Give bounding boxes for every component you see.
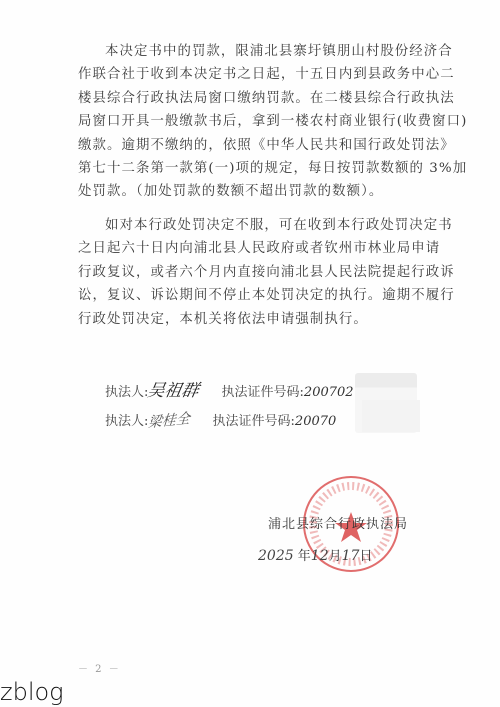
officer-row-2: 执法人:梁桂全 执法证件号码:20070 bbox=[105, 410, 336, 430]
page-number: － 2 － bbox=[78, 660, 121, 675]
cert-label: 执法证件号码: bbox=[222, 381, 304, 400]
text-line: 缴款。逾期不缴纳的，依照《中华人民共和国行政处罚法》 bbox=[78, 134, 418, 157]
text-line: 本决定书中的罚款，限浦北县寨圩镇朋山村股份经济合 bbox=[78, 40, 418, 63]
officer-label: 执法人: bbox=[105, 410, 148, 429]
text-line: 第七十二条第一款第(一)项的规定，每日按罚款数额的 3%加 bbox=[78, 157, 418, 180]
date-year: 2025 bbox=[258, 548, 294, 564]
officer-signature: 梁桂全 bbox=[148, 408, 191, 433]
document-page: 本决定书中的罚款，限浦北县寨圩镇朋山村股份经济合 作联合社于收到本决定书之日起，… bbox=[0, 0, 500, 707]
text-line: 楼县综合行政执法局窗口缴纳罚款。在二楼县综合行政执法 bbox=[78, 87, 418, 110]
text-line: 行政处罚决定，本机关将依法申请强制执行。 bbox=[78, 308, 418, 331]
date-day: 17 bbox=[342, 548, 360, 564]
text-line: 如对本行政处罚决定不服，可在收到本行政处罚决定书 bbox=[78, 214, 418, 237]
text-line: 之日起六十日内向浦北县人民政府或者钦州市林业局申请 bbox=[78, 237, 418, 260]
cert-number: 20070 bbox=[295, 414, 336, 429]
redaction-block bbox=[362, 400, 420, 432]
text-line: 局窗口开具一般缴款书后，拿到一楼农村商业银行(收费窗口) bbox=[78, 110, 418, 133]
text-line: 作联合社于收到本决定书之日起，十五日内到县政务中心二 bbox=[78, 63, 418, 86]
date-year-suffix: 年 bbox=[298, 549, 311, 564]
issue-date: 2025 年12月17日 bbox=[258, 545, 372, 564]
payment-paragraph: 本决定书中的罚款，限浦北县寨圩镇朋山村股份经济合 作联合社于收到本决定书之日起，… bbox=[78, 40, 418, 204]
officer-label: 执法人: bbox=[105, 381, 148, 400]
date-month: 12 bbox=[311, 548, 329, 564]
text-line: 讼，复议、诉讼期间不停止本处罚决定的执行。逾期不履行 bbox=[78, 284, 418, 307]
officer-signature: 吴祖群 bbox=[146, 376, 201, 401]
text-line: 处罚款。（加处罚款的数额不超出罚款的数额）。 bbox=[78, 180, 418, 203]
issuing-agency: 浦北县综合行政执法局 bbox=[268, 513, 408, 532]
appeal-paragraph: 如对本行政处罚决定不服，可在收到本行政处罚决定书 之日起六十日内向浦北县人民政府… bbox=[78, 214, 418, 331]
cert-label: 执法证件号码: bbox=[213, 410, 295, 429]
text-line: 行政复议，或者六个月内直接向浦北县人民法院提起行政诉 bbox=[78, 261, 418, 284]
date-month-suffix: 月 bbox=[329, 549, 342, 564]
watermark: zblog bbox=[0, 678, 64, 706]
date-day-suffix: 日 bbox=[359, 549, 372, 564]
officer-row-1: 执法人:吴祖群 执法证件号码:200702 bbox=[105, 376, 354, 401]
cert-number: 200702 bbox=[304, 385, 354, 400]
